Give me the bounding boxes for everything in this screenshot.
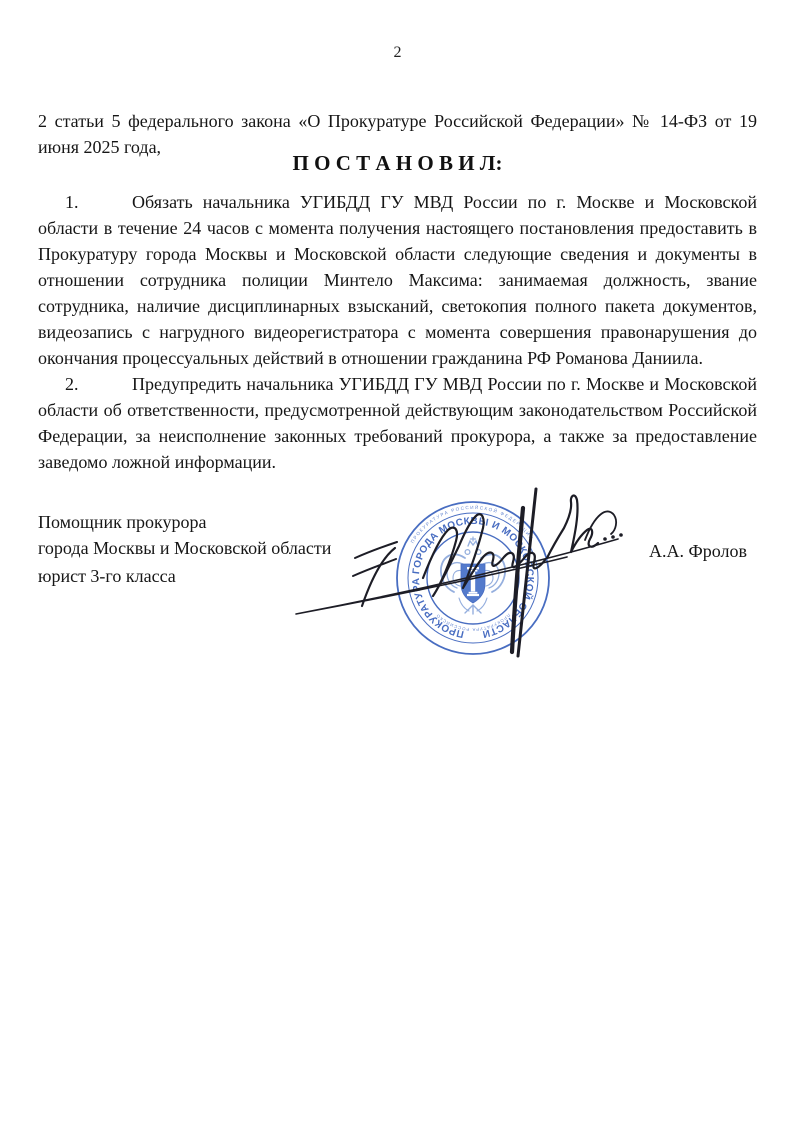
- resolution-heading: П О С Т А Н О В И Л:: [0, 151, 795, 176]
- handwritten-signature: [285, 478, 630, 663]
- resolution-text-1: Обязать начальника УГИБДД ГУ МВД России …: [38, 192, 757, 368]
- page-number: 2: [0, 44, 795, 62]
- resolution-text-2: Предупредить начальника УГИБДД ГУ МВД Ро…: [38, 374, 757, 472]
- resolution-item-1: 1.Обязать начальника УГИБДД ГУ МВД Росси…: [38, 189, 757, 371]
- resolution-number-1: 1.: [65, 189, 132, 215]
- resolution-list: 1.Обязать начальника УГИБДД ГУ МВД Росси…: [38, 189, 757, 475]
- resolution-number-2: 2.: [65, 371, 132, 397]
- resolution-item-2: 2.Предупредить начальника УГИБДД ГУ МВД …: [38, 371, 757, 475]
- signer-name: А.А. Фролов: [649, 538, 747, 564]
- document-page: 2 2 статьи 5 федерального закона «О Прок…: [0, 0, 795, 1123]
